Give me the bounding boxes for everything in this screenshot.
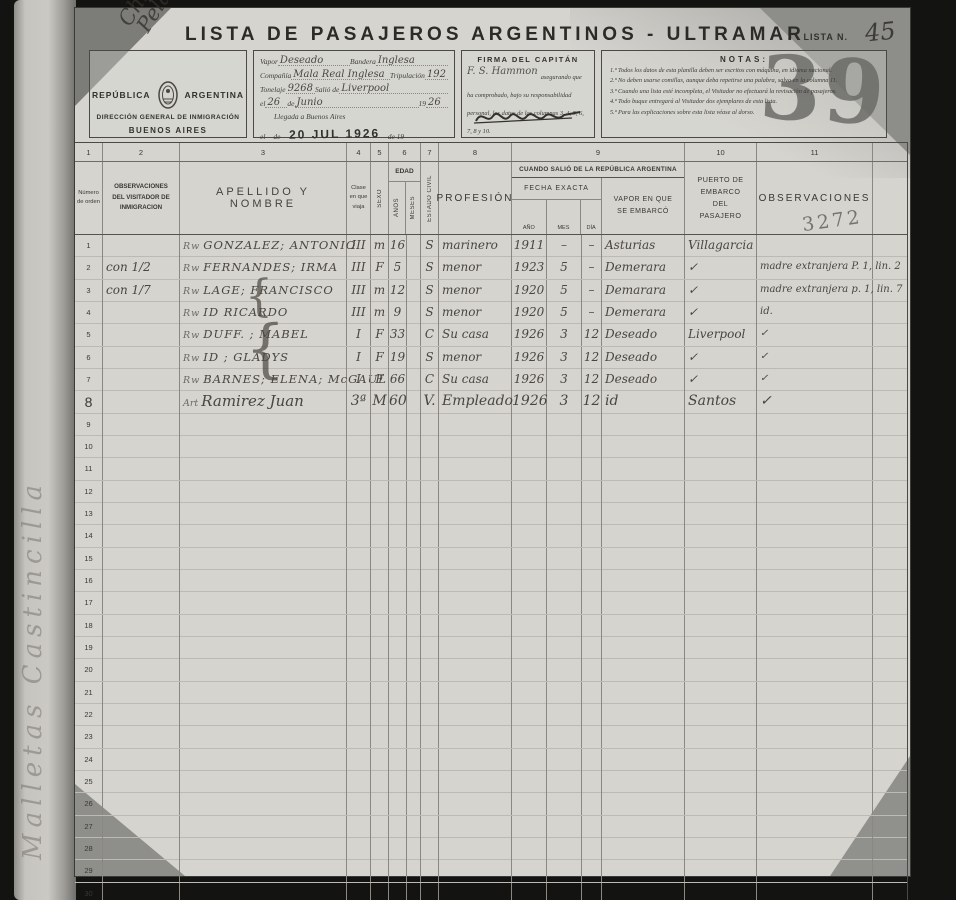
reviewer-mark: Rw <box>183 286 200 297</box>
cell-class <box>347 570 371 592</box>
cell-vessel <box>602 838 685 860</box>
cell-civil-status: C <box>421 324 439 346</box>
note-item: 3.ª Cuando una lista esté incompleta, el… <box>610 87 878 97</box>
cell-age-years <box>389 503 407 525</box>
cell-age-years <box>389 860 407 882</box>
cell-age-months <box>407 771 421 793</box>
cell-age-years <box>389 436 407 458</box>
table-row: 5RwDUFF. ; MABELIF33CSu casa1926312Desea… <box>75 324 907 346</box>
table-row: 9 <box>75 414 907 436</box>
cell-embark-port <box>685 458 757 480</box>
header-cuando-salio-label: CUANDO SALIÓ DE LA REPÚBLICA ARGENTINA <box>512 162 684 178</box>
cell-embark-port <box>685 414 757 436</box>
row-number: 23 <box>75 726 103 748</box>
header-edad: EDAD AÑOS MESES <box>389 162 421 234</box>
table-row: 6RwID ; GLADYSIF19Smenor1926312Deseado✓✓ <box>75 347 907 369</box>
cell-vessel: Asturias <box>602 235 685 257</box>
cell-vessel <box>602 436 685 458</box>
cell-civil-status <box>421 838 439 860</box>
cell-observations <box>757 883 873 900</box>
cell-civil-status <box>421 503 439 525</box>
col-number-blank <box>873 143 907 161</box>
cell-blank <box>873 548 907 570</box>
cell-class <box>347 637 371 659</box>
anio-label: 19 <box>419 99 427 108</box>
cell-sex: m <box>371 280 389 302</box>
compania-value: Mala Real Inglesa <box>291 70 390 80</box>
de2-label: de <box>273 132 280 141</box>
cell-departure-month <box>547 436 582 458</box>
cell-vessel <box>602 615 685 637</box>
cell-name <box>180 414 347 436</box>
cell-observations: madre extranjera p. 1, lin. 7 <box>757 280 873 302</box>
cell-civil-status <box>421 726 439 748</box>
cell-profession <box>439 838 512 860</box>
header-sexo: SEXO <box>371 162 389 234</box>
cell-departure-year <box>512 704 547 726</box>
cell-embark-port: ✓ <box>685 257 757 279</box>
cell-profession <box>439 570 512 592</box>
cell-sex <box>371 548 389 570</box>
cell-departure-year <box>512 548 547 570</box>
cell-sex <box>371 436 389 458</box>
cell-civil-status <box>421 682 439 704</box>
row-number: 1 <box>75 235 103 257</box>
cell-departure-year <box>512 860 547 882</box>
cell-blank <box>873 704 907 726</box>
cell-embark-port: ✓ <box>685 280 757 302</box>
cell-blank <box>873 503 907 525</box>
row-number: 12 <box>75 481 103 503</box>
scan-background: Malletas Castincilla LISTA DE PASAJEROS … <box>0 0 956 900</box>
note-item: 2.ª No deben usarse comillas, aunque deb… <box>610 76 878 86</box>
cell-visitor-observation <box>103 324 180 346</box>
cell-sex <box>371 570 389 592</box>
org-name-right: ARGENTINA <box>185 90 245 100</box>
cell-departure-month: 5 <box>547 257 582 279</box>
cell-departure-day <box>582 682 602 704</box>
cell-blank <box>873 570 907 592</box>
cell-civil-status <box>421 860 439 882</box>
row-number: 4 <box>75 302 103 324</box>
cell-visitor-observation <box>103 726 180 748</box>
cell-vessel <box>602 726 685 748</box>
cell-class <box>347 838 371 860</box>
cell-profession <box>439 525 512 547</box>
cell-visitor-observation <box>103 481 180 503</box>
cell-observations <box>757 503 873 525</box>
bandera-value: Inglesa <box>376 56 448 66</box>
cell-vessel <box>602 704 685 726</box>
cell-age-months <box>407 570 421 592</box>
cell-class: III <box>347 257 371 279</box>
cell-sex: F <box>371 257 389 279</box>
cell-visitor-observation <box>103 615 180 637</box>
cell-departure-year <box>512 592 547 614</box>
note-item: 1.ª Todos los datos de esta planilla deb… <box>610 66 878 76</box>
col-number: 8 <box>439 143 512 161</box>
cell-age-years <box>389 637 407 659</box>
cell-civil-status: S <box>421 280 439 302</box>
cell-departure-month: 3 <box>547 391 582 414</box>
cell-departure-year <box>512 637 547 659</box>
cell-name <box>180 637 347 659</box>
cell-departure-year <box>512 726 547 748</box>
cell-departure-day <box>582 793 602 815</box>
org-name-left: REPÚBLICA <box>92 90 151 100</box>
cell-departure-day: – <box>582 257 602 279</box>
table-row: 18 <box>75 615 907 637</box>
cell-profession <box>439 548 512 570</box>
cell-visitor-observation <box>103 793 180 815</box>
cell-departure-month: – <box>547 235 582 257</box>
cell-departure-year <box>512 883 547 900</box>
cell-profession <box>439 615 512 637</box>
cell-visitor-observation <box>103 838 180 860</box>
cell-departure-month <box>547 793 582 815</box>
cell-blank <box>873 637 907 659</box>
table-row: 27 <box>75 816 907 838</box>
cell-vessel <box>602 793 685 815</box>
cell-sex <box>371 793 389 815</box>
cell-departure-month <box>547 838 582 860</box>
cell-age-months <box>407 302 421 324</box>
cell-visitor-observation <box>103 347 180 369</box>
cell-class: I <box>347 324 371 346</box>
cell-civil-status: S <box>421 302 439 324</box>
cell-visitor-observation <box>103 883 180 900</box>
tripulacion-value: 192 <box>425 70 448 80</box>
cell-vessel <box>602 883 685 900</box>
cell-age-years <box>389 838 407 860</box>
cell-embark-port <box>685 637 757 659</box>
cell-class <box>347 860 371 882</box>
cell-visitor-observation <box>103 302 180 324</box>
cell-age-months <box>407 793 421 815</box>
cell-observations <box>757 793 873 815</box>
cell-name <box>180 704 347 726</box>
cell-vessel <box>602 525 685 547</box>
cell-departure-year <box>512 570 547 592</box>
cell-class <box>347 548 371 570</box>
tonelaje-value: 9268 <box>286 84 315 94</box>
cell-age-months <box>407 347 421 369</box>
captain-name-handwritten: F. S. Hammon <box>467 66 538 77</box>
table-row: 10 <box>75 436 907 458</box>
cell-civil-status <box>421 637 439 659</box>
notes-box: NOTAS: 1.ª Todos los datos de esta plani… <box>601 50 887 138</box>
cell-name <box>180 816 347 838</box>
cell-embark-port <box>685 525 757 547</box>
cell-departure-year <box>512 682 547 704</box>
col-number: 10 <box>685 143 757 161</box>
cell-blank <box>873 749 907 771</box>
table-row: 23 <box>75 726 907 748</box>
cell-embark-port <box>685 749 757 771</box>
row-number: 16 <box>75 570 103 592</box>
cell-blank <box>873 793 907 815</box>
cell-departure-month <box>547 883 582 900</box>
cell-profession <box>439 771 512 793</box>
cell-departure-month <box>547 458 582 480</box>
cell-embark-port <box>685 793 757 815</box>
notes-title: NOTAS: <box>610 55 878 64</box>
header-apellido-nombre: APELLIDO Y NOMBRE <box>180 162 347 234</box>
cell-vessel <box>602 458 685 480</box>
cell-age-years <box>389 771 407 793</box>
cell-age-years: 16 <box>389 235 407 257</box>
cell-profession <box>439 704 512 726</box>
cell-visitor-observation <box>103 860 180 882</box>
cell-vessel <box>602 816 685 838</box>
cell-age-months <box>407 257 421 279</box>
cell-sex <box>371 704 389 726</box>
cell-vessel: Deseado <box>602 324 685 346</box>
table-row: 25 <box>75 771 907 793</box>
cell-age-years: 66 <box>389 369 407 391</box>
cell-vessel <box>602 592 685 614</box>
table-row: 13 <box>75 503 907 525</box>
cell-profession: menor <box>439 302 512 324</box>
row-number: 27 <box>75 816 103 838</box>
cell-age-months <box>407 726 421 748</box>
cell-departure-month: 5 <box>547 302 582 324</box>
cell-blank <box>873 436 907 458</box>
cell-blank <box>873 682 907 704</box>
cell-age-years <box>389 481 407 503</box>
row-number: 29 <box>75 860 103 882</box>
cell-departure-year <box>512 615 547 637</box>
reviewer-mark: Art <box>183 398 198 409</box>
cell-blank <box>873 726 907 748</box>
cell-profession <box>439 458 512 480</box>
cell-visitor-observation: con 1/2 <box>103 257 180 279</box>
cell-civil-status <box>421 481 439 503</box>
cell-blank <box>873 771 907 793</box>
cell-departure-day <box>582 637 602 659</box>
cell-embark-port: ✓ <box>685 369 757 391</box>
cell-age-months <box>407 548 421 570</box>
cell-embark-port <box>685 615 757 637</box>
cell-age-months <box>407 860 421 882</box>
cell-civil-status: S <box>421 257 439 279</box>
cell-sex <box>371 525 389 547</box>
cell-observations <box>757 749 873 771</box>
cell-age-years <box>389 659 407 681</box>
row-number: 10 <box>75 436 103 458</box>
cell-blank <box>873 391 907 414</box>
cell-class <box>347 682 371 704</box>
cell-visitor-observation: con 1/7 <box>103 280 180 302</box>
cell-sex <box>371 682 389 704</box>
table-header-row: Número de orden OBSERVACIONES DEL VISITA… <box>75 162 907 235</box>
cell-profession <box>439 659 512 681</box>
cell-departure-day <box>582 570 602 592</box>
book-page-edge: Malletas Castincilla <box>14 0 76 900</box>
cell-class <box>347 816 371 838</box>
org-department: DIRECCIÓN GENERAL DE INMIGRACIÓN <box>90 114 246 121</box>
cell-departure-month <box>547 726 582 748</box>
cell-departure-day <box>582 771 602 793</box>
cell-name <box>180 726 347 748</box>
cell-visitor-observation <box>103 637 180 659</box>
cell-name <box>180 682 347 704</box>
cell-vessel <box>602 860 685 882</box>
cell-departure-month <box>547 659 582 681</box>
table-row: 30 <box>75 883 907 900</box>
cell-profession <box>439 436 512 458</box>
cell-sex <box>371 771 389 793</box>
org-city: BUENOS AIRES <box>90 126 246 135</box>
passenger-table: 1 2 3 4 5 6 7 8 9 10 11 Número de orden … <box>75 142 908 900</box>
cell-profession: Empleado <box>439 391 512 414</box>
header-puerto-embarco: PUERTO DE EMBARCO DEL PASAJERO <box>685 162 757 234</box>
cell-observations <box>757 659 873 681</box>
cell-departure-day <box>582 436 602 458</box>
cell-visitor-observation <box>103 771 180 793</box>
cell-departure-month: 3 <box>547 369 582 391</box>
cell-sex <box>371 659 389 681</box>
table-row: 8ArtRamirez Juan3ªM60V.Empleado1926312id… <box>75 391 907 413</box>
cell-class: III <box>347 302 371 324</box>
cell-class: III <box>347 280 371 302</box>
cell-departure-day: 12 <box>582 324 602 346</box>
cell-vessel: Demerara <box>602 302 685 324</box>
cell-departure-year <box>512 436 547 458</box>
table-row: 20 <box>75 659 907 681</box>
cell-vessel <box>602 570 685 592</box>
cell-civil-status <box>421 414 439 436</box>
cell-civil-status <box>421 436 439 458</box>
cell-age-months <box>407 436 421 458</box>
header-dia: DÍA <box>581 200 601 234</box>
note-item: 4.ª Todo buque entregará al Visitador do… <box>610 97 878 107</box>
passenger-name-text: GONZALEZ; ANTONIO <box>203 238 356 252</box>
cell-age-months <box>407 391 421 414</box>
cell-visitor-observation <box>103 503 180 525</box>
cell-visitor-observation <box>103 525 180 547</box>
cell-observations <box>757 525 873 547</box>
header-mes: MES <box>547 200 582 234</box>
cell-name <box>180 659 347 681</box>
cell-profession <box>439 860 512 882</box>
cell-embark-port <box>685 659 757 681</box>
cell-observations <box>757 592 873 614</box>
cell-name <box>180 615 347 637</box>
cell-observations <box>757 458 873 480</box>
cell-sex <box>371 592 389 614</box>
de-label: de <box>287 99 294 108</box>
cell-departure-year <box>512 771 547 793</box>
cell-vessel <box>602 637 685 659</box>
cell-departure-month: 3 <box>547 347 582 369</box>
cell-age-years: 5 <box>389 257 407 279</box>
vessel-info-box: Vapor Deseado Bandera Inglesa Compañía M… <box>253 50 455 138</box>
row-number: 20 <box>75 659 103 681</box>
cell-departure-day <box>582 659 602 681</box>
cell-profession <box>439 883 512 900</box>
cell-departure-month <box>547 637 582 659</box>
header-meses: MESES <box>406 182 420 234</box>
cell-sex <box>371 615 389 637</box>
cell-departure-year: 1920 <box>512 280 547 302</box>
cell-civil-status <box>421 749 439 771</box>
cell-class <box>347 503 371 525</box>
cell-blank <box>873 280 907 302</box>
cell-departure-year <box>512 659 547 681</box>
tripulacion-label: Tripulación <box>390 71 425 80</box>
cell-blank <box>873 235 907 257</box>
cell-blank <box>873 525 907 547</box>
bandera-label: Bandera <box>350 57 376 66</box>
cell-vessel: Demerara <box>602 257 685 279</box>
cell-civil-status <box>421 771 439 793</box>
cell-sex: m <box>371 235 389 257</box>
cell-sex <box>371 458 389 480</box>
cell-embark-port: Liverpool <box>685 324 757 346</box>
cell-departure-month <box>547 525 582 547</box>
cell-departure-year <box>512 503 547 525</box>
row-number: 24 <box>75 749 103 771</box>
header-anos: AÑOS <box>389 182 406 234</box>
cell-observations <box>757 637 873 659</box>
header-ano: AÑO <box>512 200 547 234</box>
row-number: 28 <box>75 838 103 860</box>
col-number: 11 <box>757 143 873 161</box>
header-fecha-exacta: FECHA EXACTA AÑO MES DÍA <box>512 178 602 234</box>
cell-embark-port <box>685 771 757 793</box>
cell-departure-year <box>512 793 547 815</box>
cell-vessel: Deseado <box>602 369 685 391</box>
de-value: Junio <box>295 98 419 108</box>
issuing-office-box: Chijanes Pelayo REPÚBLICA ARGENTINA DIRE… <box>89 50 247 138</box>
header-cuando-salio: CUANDO SALIÓ DE LA REPÚBLICA ARGENTINA F… <box>512 162 685 234</box>
cell-departure-year: 1926 <box>512 369 547 391</box>
col-number: 6 <box>389 143 421 161</box>
cell-departure-month <box>547 860 582 882</box>
cell-observations <box>757 838 873 860</box>
header-boxes: Chijanes Pelayo REPÚBLICA ARGENTINA DIRE… <box>89 50 887 138</box>
row-number: 26 <box>75 793 103 815</box>
cell-class <box>347 458 371 480</box>
cell-vessel <box>602 414 685 436</box>
cell-profession <box>439 414 512 436</box>
cell-departure-month <box>547 749 582 771</box>
document-title: LISTA DE PASAJEROS ARGENTINOS - ULTRAMAR <box>185 24 745 46</box>
cell-civil-status: V. <box>421 391 439 414</box>
cell-class <box>347 481 371 503</box>
cell-sex: F <box>371 347 389 369</box>
cell-blank <box>873 659 907 681</box>
cell-civil-status <box>421 659 439 681</box>
cell-sex: F <box>371 369 389 391</box>
cell-name <box>180 570 347 592</box>
row-number: 30 <box>75 883 103 900</box>
cell-age-months <box>407 592 421 614</box>
cell-profession <box>439 481 512 503</box>
cell-observations <box>757 414 873 436</box>
table-body: { { 1RwGONZALEZ; ANTONIOIIIm16Smarinero1… <box>75 235 907 900</box>
cell-visitor-observation <box>103 458 180 480</box>
row-number: 13 <box>75 503 103 525</box>
cell-age-months <box>407 414 421 436</box>
cell-civil-status <box>421 883 439 900</box>
cell-vessel: Deseado <box>602 347 685 369</box>
cell-departure-day: – <box>582 302 602 324</box>
cell-blank <box>873 414 907 436</box>
salio-value: Liverpool <box>339 84 448 94</box>
cell-civil-status <box>421 793 439 815</box>
